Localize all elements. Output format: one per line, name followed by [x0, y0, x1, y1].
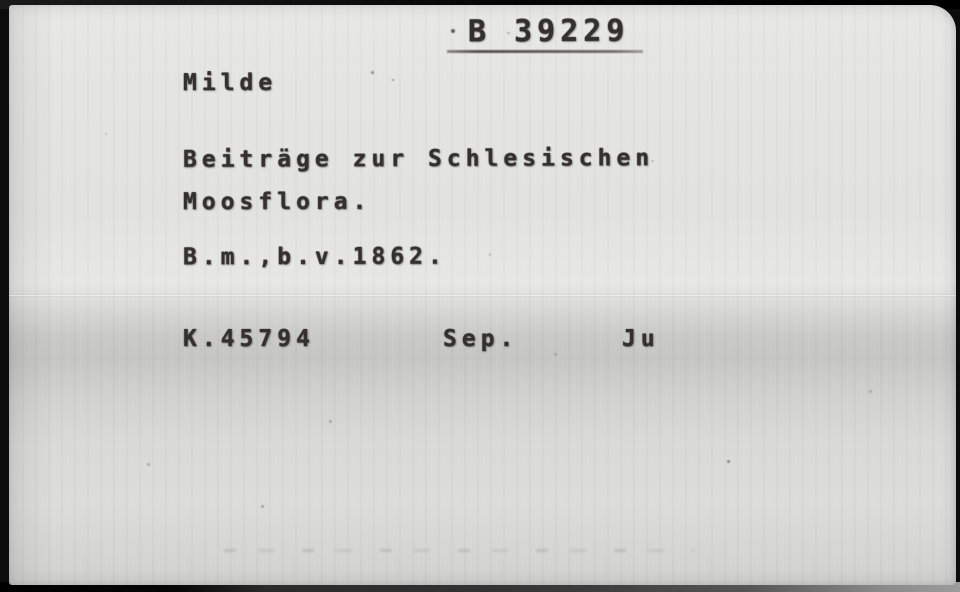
paper-speck: [261, 505, 264, 508]
author-name: Milde: [183, 70, 277, 96]
paper-speck: [105, 133, 107, 135]
cataloger-initials: Ju: [622, 326, 660, 352]
paper-speck: [147, 463, 150, 466]
paper-speck: [869, 390, 872, 393]
paper-speck: [554, 353, 557, 356]
card-fold-line: [9, 294, 956, 297]
paper-speck: [651, 160, 654, 162]
paper-speck: [371, 71, 374, 74]
accession-number: K.45794: [183, 326, 315, 352]
catalog-card-paper: B 39229 Milde Beiträge zur Schlesischen …: [9, 5, 956, 585]
call-number-underline: [447, 50, 643, 53]
scanned-catalog-card: B 39229 Milde Beiträge zur Schlesischen …: [0, 0, 960, 592]
title-line-2: Moosflora.: [183, 189, 372, 215]
paper-smudge: [224, 549, 694, 552]
paper-speck: [727, 460, 730, 463]
paper-speck: [392, 79, 394, 81]
paper-speck: [489, 253, 491, 256]
title-line-1: Beiträge zur Schlesischen: [183, 145, 654, 173]
paper-speck: [507, 32, 510, 34]
edition-note: B.m.,b.v.1862.: [183, 244, 447, 271]
accession-line: K.45794 Sep. Ju: [9, 326, 956, 360]
call-number: B 39229: [468, 14, 630, 50]
ink-dot: [451, 29, 455, 33]
paper-speck: [329, 420, 332, 423]
separate-note: Sep.: [443, 326, 518, 352]
